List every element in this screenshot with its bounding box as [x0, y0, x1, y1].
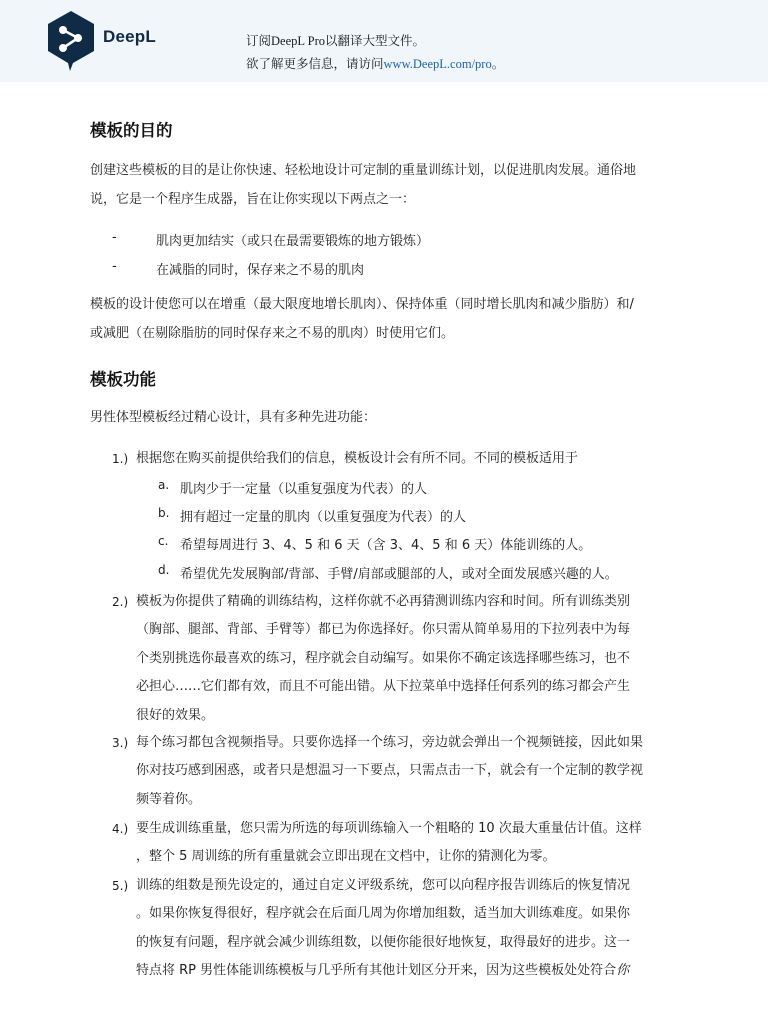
item-line: 频等着你。 [136, 786, 643, 814]
item-number: 3.) [112, 729, 128, 757]
item-line: 训练的组数是预先设定的，通过自定义评级系统，您可以向程序报告训练后的恢复情况 [136, 872, 630, 900]
item-line: 。如果你恢复得很好，程序就会在后面几周为你增加组数，适当加大训练难度。如果你 [136, 900, 630, 928]
item-line: 个类别挑选你最喜欢的练习，程序就会自动编写。如果你不确定该选择哪些练习，也不 [136, 645, 630, 673]
item-line-last: 特点将 RP 男性体能训练模板与几乎所有其他计划区分开来，因为这些模板处处符合你 [136, 957, 630, 985]
deepl-logo-text: DeepL [103, 27, 156, 47]
item-number: 2.) [112, 588, 128, 616]
bullet-dash: - [112, 259, 117, 274]
sub-item-text: 希望优先发展胸部/背部、手臂/肩部或腿部的人，或对全面发展感兴趣的人。 [180, 563, 618, 582]
promo-line-2-suffix: 。 [492, 57, 505, 71]
paragraph-line: 模板的设计使您可以在增重（最大限度地增长肌肉）、保持体重（同时增长肌肉和减少脂肪… [90, 291, 634, 319]
italic-emphasis: 你 [616, 963, 629, 978]
item-line: 必担心……它们都有效，而且不可能出错。从下拉菜单中选择任何系列的练习都会产生 [136, 673, 630, 701]
promo-line-2: 欲了解更多信息，请访问www.DeepL.com/pro。 [246, 53, 504, 76]
item-number: 4.) [112, 815, 128, 843]
heading-template-features: 模板功能 [90, 366, 156, 390]
sub-item-letter: d. [158, 563, 169, 577]
sub-item-letter: c. [158, 534, 168, 548]
item-line: 很好的效果。 [136, 702, 630, 730]
item-line: 特点将 RP 男性体能训练模板与几乎所有其他计划区分开来，因为这些模板处处符合 [136, 963, 616, 978]
sub-item-text: 拥有超过一定量的肌肉（以重复强度为代表）的人 [180, 506, 466, 525]
bullet-text: 肌肉更加结实（或只在最需要锻炼的地方锻炼） [156, 230, 429, 249]
promo-line-2-prefix: 欲了解更多信息，请访问 [246, 57, 384, 71]
promo-text: 订阅DeepL Pro以翻译大型文件。 欲了解更多信息，请访问www.DeepL… [246, 30, 504, 76]
item-line: 模板为你提供了精确的训练结构，这样你就不必再猜测训练内容和时间。所有训练类别 [136, 588, 630, 616]
sub-item-text: 希望每周进行 3、4、5 和 6 天（含 3、4、5 和 6 天）体能训练的人。 [180, 534, 591, 553]
promo-line-1: 订阅DeepL Pro以翻译大型文件。 [246, 30, 504, 53]
item-number: 5.) [112, 872, 128, 900]
bullet-text: 在减脂的同时，保存来之不易的肌肉 [156, 259, 364, 278]
sub-item-text: 肌肉少于一定量（以重复强度为代表）的人 [180, 478, 427, 497]
paragraph-line: 说，它是一个程序生成器，旨在让你实现以下两点之一： [90, 186, 415, 214]
item-line: 每个练习都包含视频指导。只要你选择一个练习，旁边就会弹出一个视频链接，因此如果 [136, 729, 643, 757]
item-line: （胸部、腿部、背部、手臂等）都已为你选择好。你只需从简单易用的下拉列表中为每 [136, 616, 630, 644]
item-line: 要生成训练重量，您只需为所选的每项训练输入一个粗略的 10 次最大重量估计值。这… [136, 815, 642, 843]
deepl-pro-link[interactable]: www.DeepL.com/pro [384, 57, 492, 71]
item-line: 你对技巧感到困惑，或者只是想温习一下要点，只需点击一下，就会有一个定制的教学视 [136, 757, 643, 785]
deepl-promo-banner: DeepL 订阅DeepL Pro以翻译大型文件。 欲了解更多信息，请访问www… [0, 0, 768, 82]
bullet-dash: - [112, 230, 117, 245]
sub-item-letter: b. [158, 506, 169, 520]
paragraph-line: 或减肥（在剔除脂肪的同时保存来之不易的肌肉）时使用它们。 [90, 320, 454, 348]
item-number: 1.) [112, 445, 128, 473]
deepl-logo-icon [46, 10, 96, 72]
paragraph-line: 创建这些模板的目的是让你快速、轻松地设计可定制的重量训练计划，以促进肌肉发展。通… [90, 157, 636, 185]
item-line: 的恢复有问题，程序就会减少训练组数，以便你能很好地恢复，取得最好的进步。这一 [136, 929, 630, 957]
heading-template-purpose: 模板的目的 [90, 117, 173, 141]
paragraph-line: 男性体型模板经过精心设计，具有多种先进功能： [90, 404, 376, 432]
item-line: 根据您在购买前提供给我们的信息，模板设计会有所不同。不同的模板适用于 [136, 445, 578, 473]
sub-item-letter: a. [158, 478, 169, 492]
item-line: ，整个 5 周训练的所有重量就会立即出现在文档中，让你的猜测化为零。 [136, 843, 642, 871]
